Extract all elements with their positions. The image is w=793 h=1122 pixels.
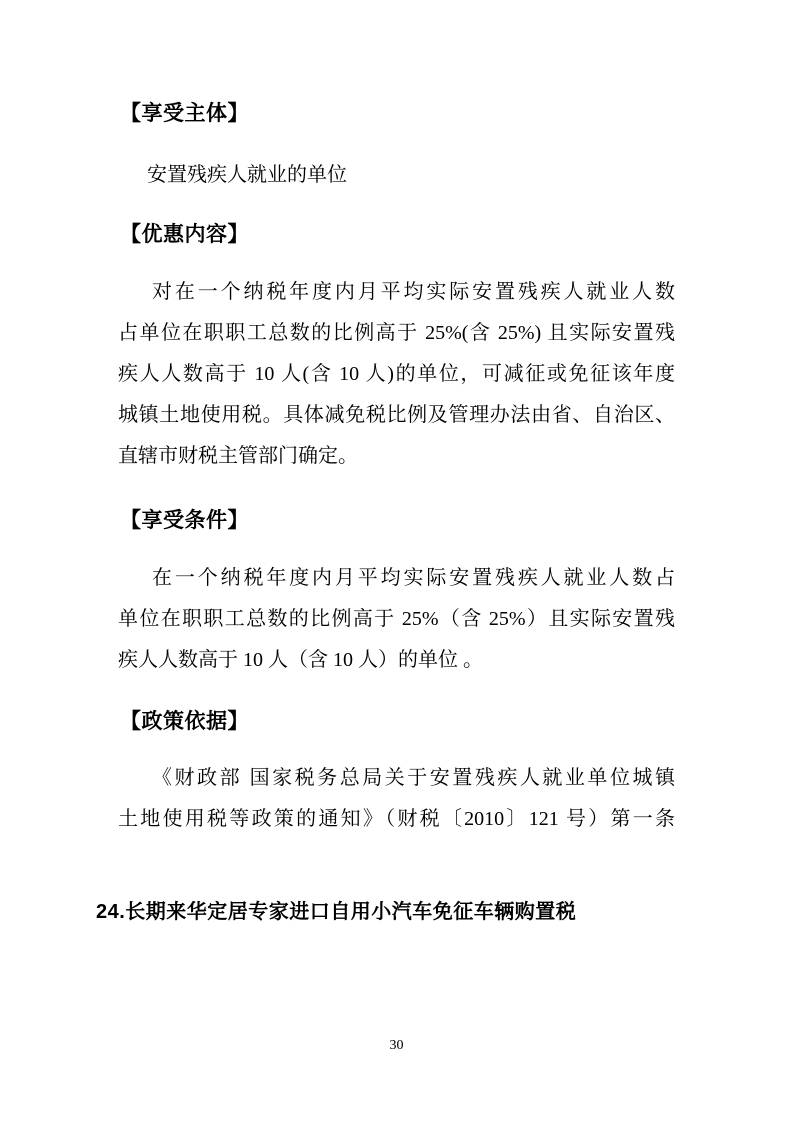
paragraph-policy-basis: 《财政部 国家税务总局关于安置残疾人就业单位城镇 土地使用税等政策的通知》（财税… [118, 758, 675, 840]
text-line: 疾人人数高于 10 人(含 10 人)的单位，可减征或免征该年度 [118, 354, 675, 395]
text-line: 占单位在职职工总数的比例高于 25%(含 25%) 且实际安置残 [118, 313, 675, 354]
text-line: 《财政部 国家税务总局关于安置残疾人就业单位城镇 [118, 758, 675, 799]
page-number: 30 [0, 1038, 793, 1054]
heading-preferential-content: 【优惠内容】 [120, 221, 249, 247]
heading-next-section-24: 24.长期来华定居专家进口自用小汽车免征车辆购置税 [96, 900, 576, 925]
heading-eligible-conditions: 【享受条件】 [120, 507, 249, 533]
document-page: 【享受主体】 安置残疾人就业的单位 【优惠内容】 对在一个纳税年度内月平均实际安… [0, 0, 793, 1122]
text-line: 对在一个纳税年度内月平均实际安置残疾人就业人数 [118, 272, 675, 313]
paragraph-eligible-conditions: 在一个纳税年度内月平均实际安置残疾人就业人数占 单位在职职工总数的比例高于 25… [118, 558, 675, 681]
text-line: 单位在职职工总数的比例高于 25%（含 25%）且实际安置残 [118, 599, 675, 640]
text-line: 直辖市财税主管部门确定。 [118, 436, 675, 477]
paragraph-preferential-content: 对在一个纳税年度内月平均实际安置残疾人就业人数 占单位在职职工总数的比例高于 2… [118, 272, 675, 477]
heading-policy-basis: 【政策依据】 [120, 708, 249, 734]
text-line: 城镇土地使用税。具体减免税比例及管理办法由省、自治区、 [118, 395, 675, 436]
text-line: 疾人人数高于 10 人（含 10 人）的单位 。 [118, 640, 675, 681]
heading-eligible-subject: 【享受主体】 [120, 100, 249, 126]
text-line: 土地使用税等政策的通知》（财税〔2010〕121 号）第一条 [118, 799, 675, 840]
text-line: 在一个纳税年度内月平均实际安置残疾人就业人数占 [118, 558, 675, 599]
text-eligible-subject: 安置残疾人就业的单位 [118, 155, 675, 196]
